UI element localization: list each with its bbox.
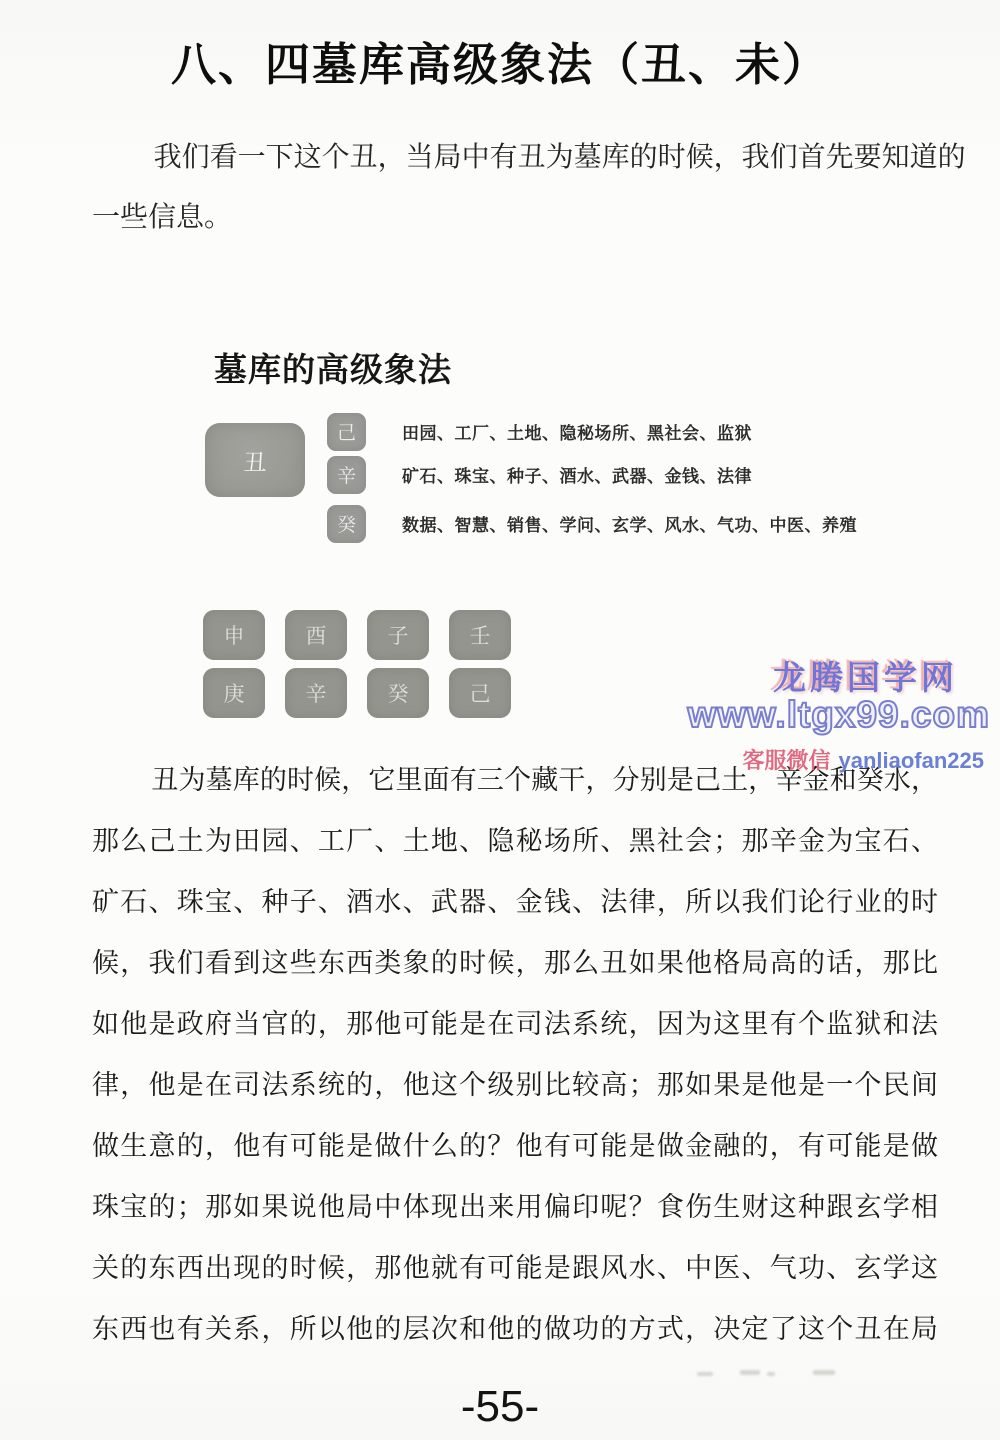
hidden-stem-meanings: 矿石、珠宝、种子、酒水、武器、金钱、法律: [402, 462, 752, 487]
hidden-stem-row: 辛 矿石、珠宝、种子、酒水、武器、金钱、法律: [327, 455, 752, 494]
intro-line: 一些信息。: [92, 188, 938, 248]
body-line: 关的东西出现的时候，那他就有可能是跟风水、中医、气功、玄学这: [92, 1238, 938, 1299]
diagram-heading: 墓库的高级象法: [214, 344, 452, 391]
watermark-contact: 客服微信yanliaofan225: [742, 744, 984, 775]
hidden-stem-row: 癸 数据、智慧、销售、学问、玄学、风水、气功、中医、养殖: [327, 504, 857, 543]
page-number: -55-: [0, 1382, 1000, 1432]
branch-cell: 壬: [449, 610, 511, 660]
intro-paragraph: 我们看一下这个丑，当局中有丑为墓库的时候，我们首先要知道的 一些信息。: [92, 128, 938, 248]
watermark-contact-id: yanliaofan225: [838, 748, 984, 773]
ink-smudge: [740, 1370, 760, 1375]
branch-cell: 酉: [285, 610, 347, 660]
stem-cell: 己: [449, 668, 511, 718]
hidden-stem-meanings: 数据、智慧、销售、学问、玄学、风水、气功、中医、养殖: [402, 511, 857, 536]
body-line: 做生意的，他有可能是做什么的？他有可能是做金融的，有可能是做: [92, 1116, 938, 1177]
pillar-grid: 申 酉 子 壬 庚 辛 癸 己: [203, 610, 511, 718]
hidden-stem-box: 己: [327, 413, 366, 451]
intro-line: 我们看一下这个丑，当局中有丑为墓库的时候，我们首先要知道的: [92, 128, 938, 188]
body-line: 矿石、珠宝、种子、酒水、武器、金钱、法律，所以我们论行业的时: [92, 872, 938, 933]
ink-smudge: [697, 1372, 713, 1376]
body-line: 珠宝的；那如果说他局中体现出来用偏印呢？食伤生财这种跟玄学相: [92, 1177, 938, 1238]
watermark-contact-label: 客服微信: [742, 748, 830, 773]
page-title: 八、四墓库高级象法（丑、未）: [0, 28, 1000, 93]
watermark-url: www.ltgx99.com: [687, 694, 990, 736]
body-line: 候，我们看到这些东西类象的时候，那么丑如果他格局高的话，那比: [92, 933, 938, 994]
ink-smudge: [813, 1370, 835, 1375]
body-line: 东西也有关系，所以他的层次和他的做功的方式，决定了这个丑在局: [92, 1299, 938, 1360]
stem-cell: 癸: [367, 668, 429, 718]
body-line: 律，他是在司法系统的，他这个级别比较高；那如果是他是一个民间: [92, 1055, 938, 1116]
branch-cell: 子: [367, 610, 429, 660]
hidden-stem-row: 己 田园、工厂、土地、隐秘场所、黑社会、监狱: [327, 412, 752, 451]
branch-cell: 申: [203, 610, 265, 660]
ink-smudge: [767, 1372, 775, 1376]
watermark-site-name: 龙腾国学网: [773, 652, 958, 699]
stem-cell: 辛: [285, 668, 347, 718]
body-line: 那么己土为田园、工厂、土地、隐秘场所、黑社会；那辛金为宝石、: [92, 811, 938, 872]
stem-cell: 庚: [203, 668, 265, 718]
hidden-stem-box: 辛: [327, 456, 366, 494]
hidden-stem-meanings: 田园、工厂、土地、隐秘场所、黑社会、监狱: [402, 419, 752, 444]
body-paragraph: 丑为墓库的时候，它里面有三个藏干，分别是己土，辛金和癸水， 那么己土为田园、工厂…: [92, 750, 938, 1360]
body-line: 如他是政府当官的，那他可能是在司法系统，因为这里有个监狱和法: [92, 994, 938, 1055]
main-branch-box: 丑: [205, 423, 305, 497]
hidden-stem-box: 癸: [327, 505, 366, 543]
